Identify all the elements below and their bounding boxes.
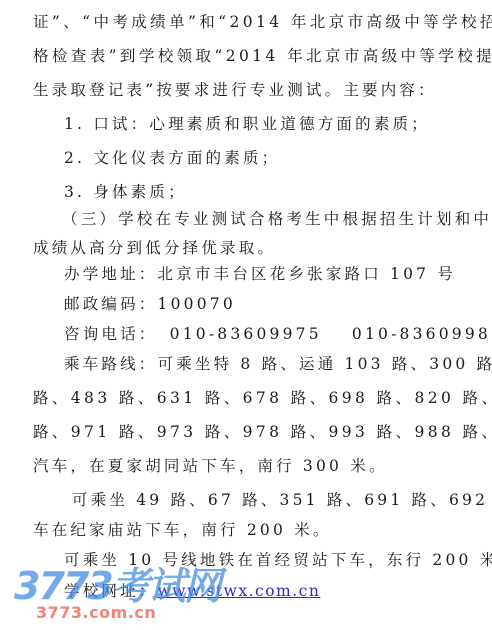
test-item-2: 2. 文化仪表方面的素质； (64, 148, 280, 168)
paragraph-line-3: 生录取登记表”按要求进行专业测试。主要内容： (33, 80, 437, 100)
alt-bus-line-1: 可乘坐 49 路、67 路、351 路、691 路、692 路公共汽 (72, 490, 492, 510)
alt-bus-line-2: 车在纪家庙站下车，南行 200 米。 (33, 520, 332, 540)
paragraph-line-1: 证”、“中考成绩单”和“2014 年北京市高级中等学校招生体 (33, 12, 445, 32)
paragraph-line-2: 格检查表”到学校领取“2014 年北京市高级中等学校提前招 (33, 46, 445, 66)
bus-route-line-3: 路、971 路、973 路、978 路、993 路、988 路、998 路公共 (33, 422, 445, 442)
watermark-logo: 3773考试网 (14, 566, 220, 606)
admission-rule-line-2: 成绩从高分到低分择优录取。 (33, 238, 276, 258)
phone-line: 咨询电话： 010-83609975 010-83609985 (64, 324, 492, 344)
address-value: 北京市丰台区花乡张家路口 107 号 (158, 265, 457, 283)
address-label: 办学地址： (64, 265, 158, 283)
postcode-line: 邮政编码：100070 (64, 294, 236, 314)
test-item-1: 1. 口试：心理素质和职业道德方面的素质； (64, 114, 430, 134)
phone-number-1: 010-83609975 (170, 325, 322, 343)
admission-rule-line-1: （三）学校在专业测试合格考生中根据招生计划和中考 (62, 209, 492, 229)
watermark-domain: 3773.com.cn (36, 604, 156, 622)
bus-route-line-2: 路、483 路、631 路、678 路、698 路、820 路、839 路、96… (33, 388, 445, 408)
postcode-value: 100070 (158, 295, 236, 313)
bus-route-line-4: 汽车，在夏家胡同站下车，南行 300 米。 (33, 456, 388, 476)
test-item-3: 3. 身体素质； (64, 182, 187, 202)
phone-number-2: 010-83609985 (352, 325, 492, 343)
postcode-label: 邮政编码： (64, 295, 158, 313)
document-page: 证”、“中考成绩单”和“2014 年北京市高级中等学校招生体 格检查表”到学校领… (0, 0, 492, 630)
address-line: 办学地址：北京市丰台区花乡张家路口 107 号 (64, 264, 456, 284)
bus-route-line-1: 乘车路线：可乘坐特 8 路、运通 103 路、300 路、368 (64, 354, 445, 374)
phone-label: 咨询电话： (64, 325, 158, 343)
